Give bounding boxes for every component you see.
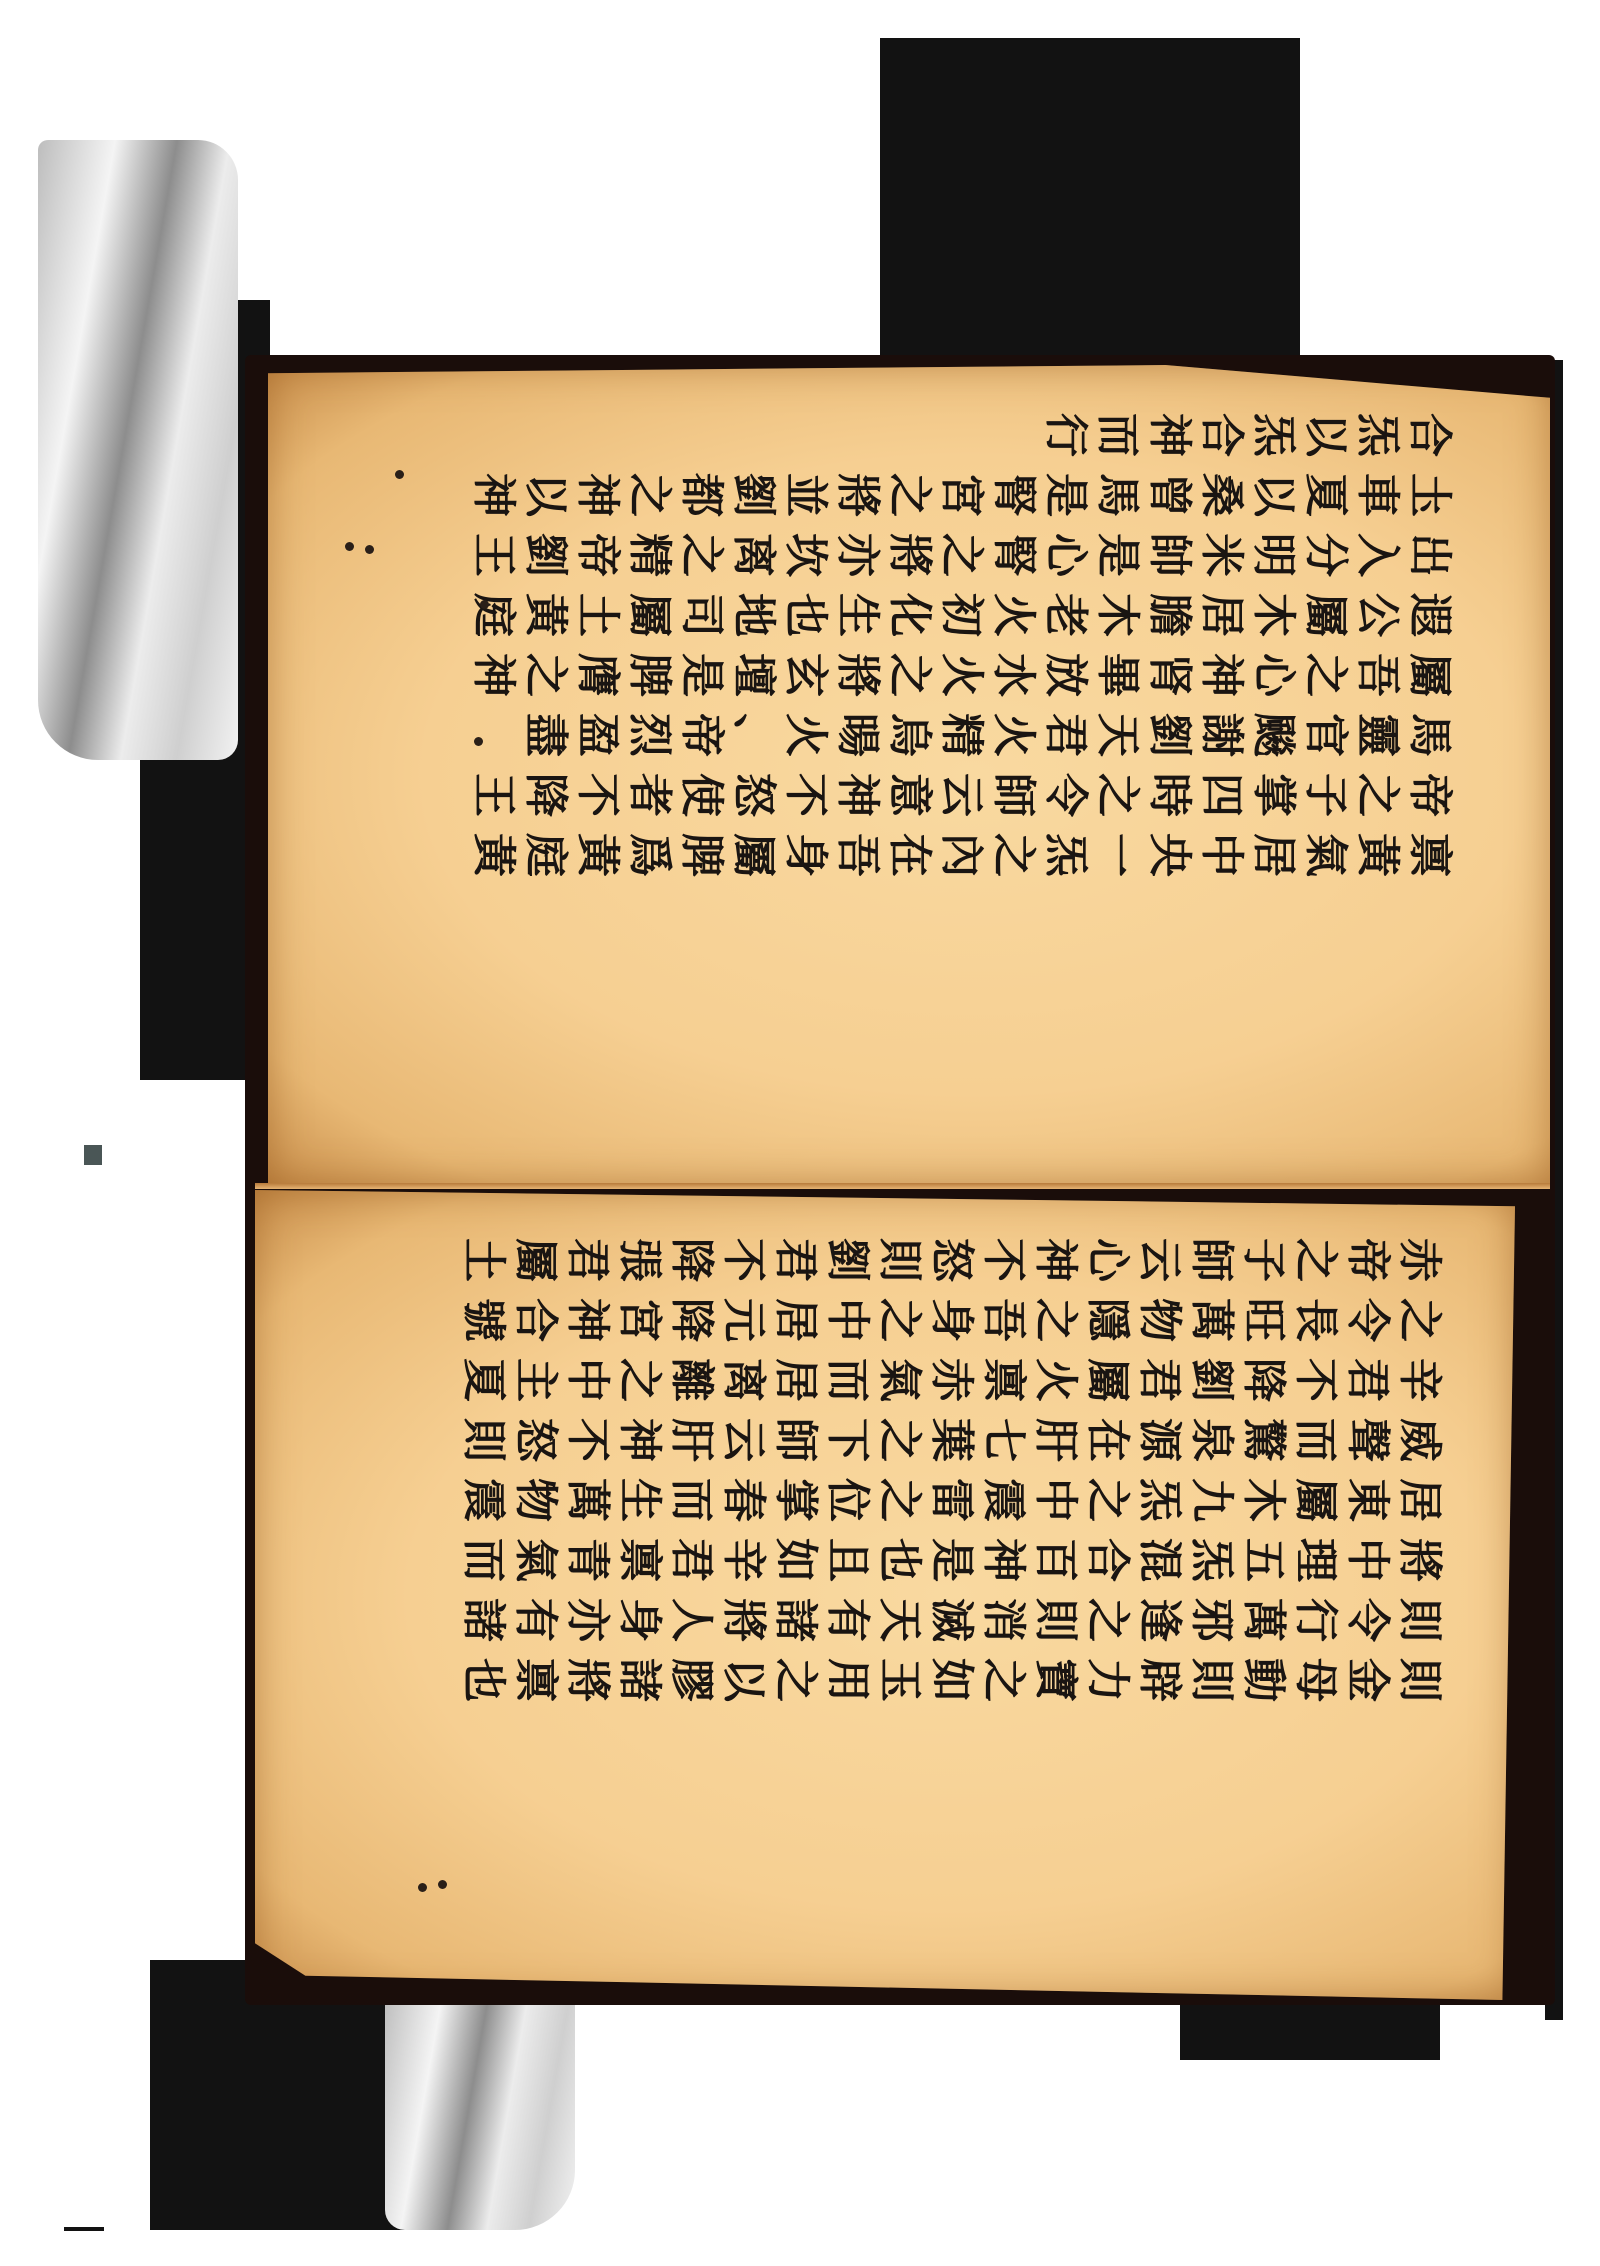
- glyph: 庭: [466, 589, 530, 641]
- page-fold-line: [255, 1183, 1550, 1189]
- text-column-row: 赤帝之子師云心神不怒則劉君不降張君屬土: [290, 1230, 1450, 1290]
- ink-dot: [480, 600, 489, 609]
- text-column-row: 屬吾之心神肾畢放水火之將玄壇是脾膺之神: [300, 645, 1460, 705]
- text-column-row: 帝之子掌四時之令師云意神不怒使者不降王: [300, 765, 1460, 825]
- glyph: 王: [466, 769, 530, 821]
- text-column-row: 圡車夏以桑曾馬是腎宮之將並劉都之神以神: [300, 465, 1460, 525]
- glyph: 也: [456, 1654, 520, 1706]
- white-cloth-top-left: [38, 140, 238, 760]
- ink-dot: [395, 470, 404, 479]
- ink-dot: [365, 545, 374, 554]
- ink-dot: [418, 1883, 427, 1892]
- text-column-row: 遐公屬木居膽木老火初化生也地司屬土黃庭: [300, 585, 1460, 645]
- glyph: 夏: [456, 1354, 520, 1406]
- glyph: 而: [456, 1534, 520, 1586]
- text-column-row: 居東屬木九炁之中震雷之位掌春而生萬物震: [290, 1470, 1450, 1530]
- ink-dot: [345, 542, 354, 551]
- text-column-row: 則金母動則辟力寶之如玉用之以膠諸將禀也: [290, 1650, 1450, 1710]
- text-column-row: 將中理五炁混合百神是也且如辛君禀青氣而: [290, 1530, 1450, 1590]
- glyph: 則: [456, 1414, 520, 1466]
- ink-dot: [438, 1880, 447, 1889]
- small-black-speck: [84, 1145, 102, 1165]
- glyph: 神: [466, 649, 530, 701]
- glyph: 王: [466, 529, 530, 581]
- bottom-page-text: 赤帝之子師云心神不怒則劉君不降張君屬土之令長旺萬物隱之吾身之中居元降宮神合號辛君…: [290, 1230, 1450, 1710]
- text-column-row: 合炁以炁合神而行: [300, 405, 1460, 465]
- glyph: 盡: [518, 709, 582, 761]
- dash-mark-bottom-left: [64, 2227, 104, 2231]
- glyph: 行: [1038, 409, 1102, 461]
- text-column-row: 禀黃氣居中央一炁之內在吾身屬脾爲黃庭黃: [300, 825, 1460, 885]
- top-page-text: 合炁以炁合神而行圡車夏以桑曾馬是腎宮之將並劉都之神以神出入分明米帥是心腎之將亦坎…: [300, 405, 1460, 885]
- text-column-row: 出入分明米帥是心腎之將亦坎离之精帝劉王: [300, 525, 1460, 585]
- black-backdrop-top-right: [880, 38, 1300, 368]
- glyph: 黃: [466, 829, 530, 881]
- glyph: 土: [456, 1234, 520, 1286]
- text-column-row: 威聲而驚泉源在肝七葉之下師云肝神不怒則: [290, 1410, 1450, 1470]
- text-column-row: 則令行萬邪逢之則消滅天有諸將人身亦有諸: [290, 1590, 1450, 1650]
- text-column-row: 馬靈官飈謝劉天君火精烏暘火、帝烈盈盡: [300, 705, 1460, 765]
- text-column-row: 之令長旺萬物隱之吾身之中居元降宮神合號: [290, 1290, 1450, 1350]
- black-backdrop-bottom-tabs: [1180, 2000, 1440, 2060]
- white-cloth-bottom: [385, 1990, 575, 2230]
- glyph: 震: [456, 1474, 520, 1526]
- text-column-row: 辛君不降劉君屬火禀赤氣而居离離之中主夏: [290, 1350, 1450, 1410]
- ink-dot: [474, 737, 483, 746]
- glyph: 諸: [456, 1594, 520, 1646]
- glyph: 號: [456, 1294, 520, 1346]
- glyph: 神: [466, 469, 530, 521]
